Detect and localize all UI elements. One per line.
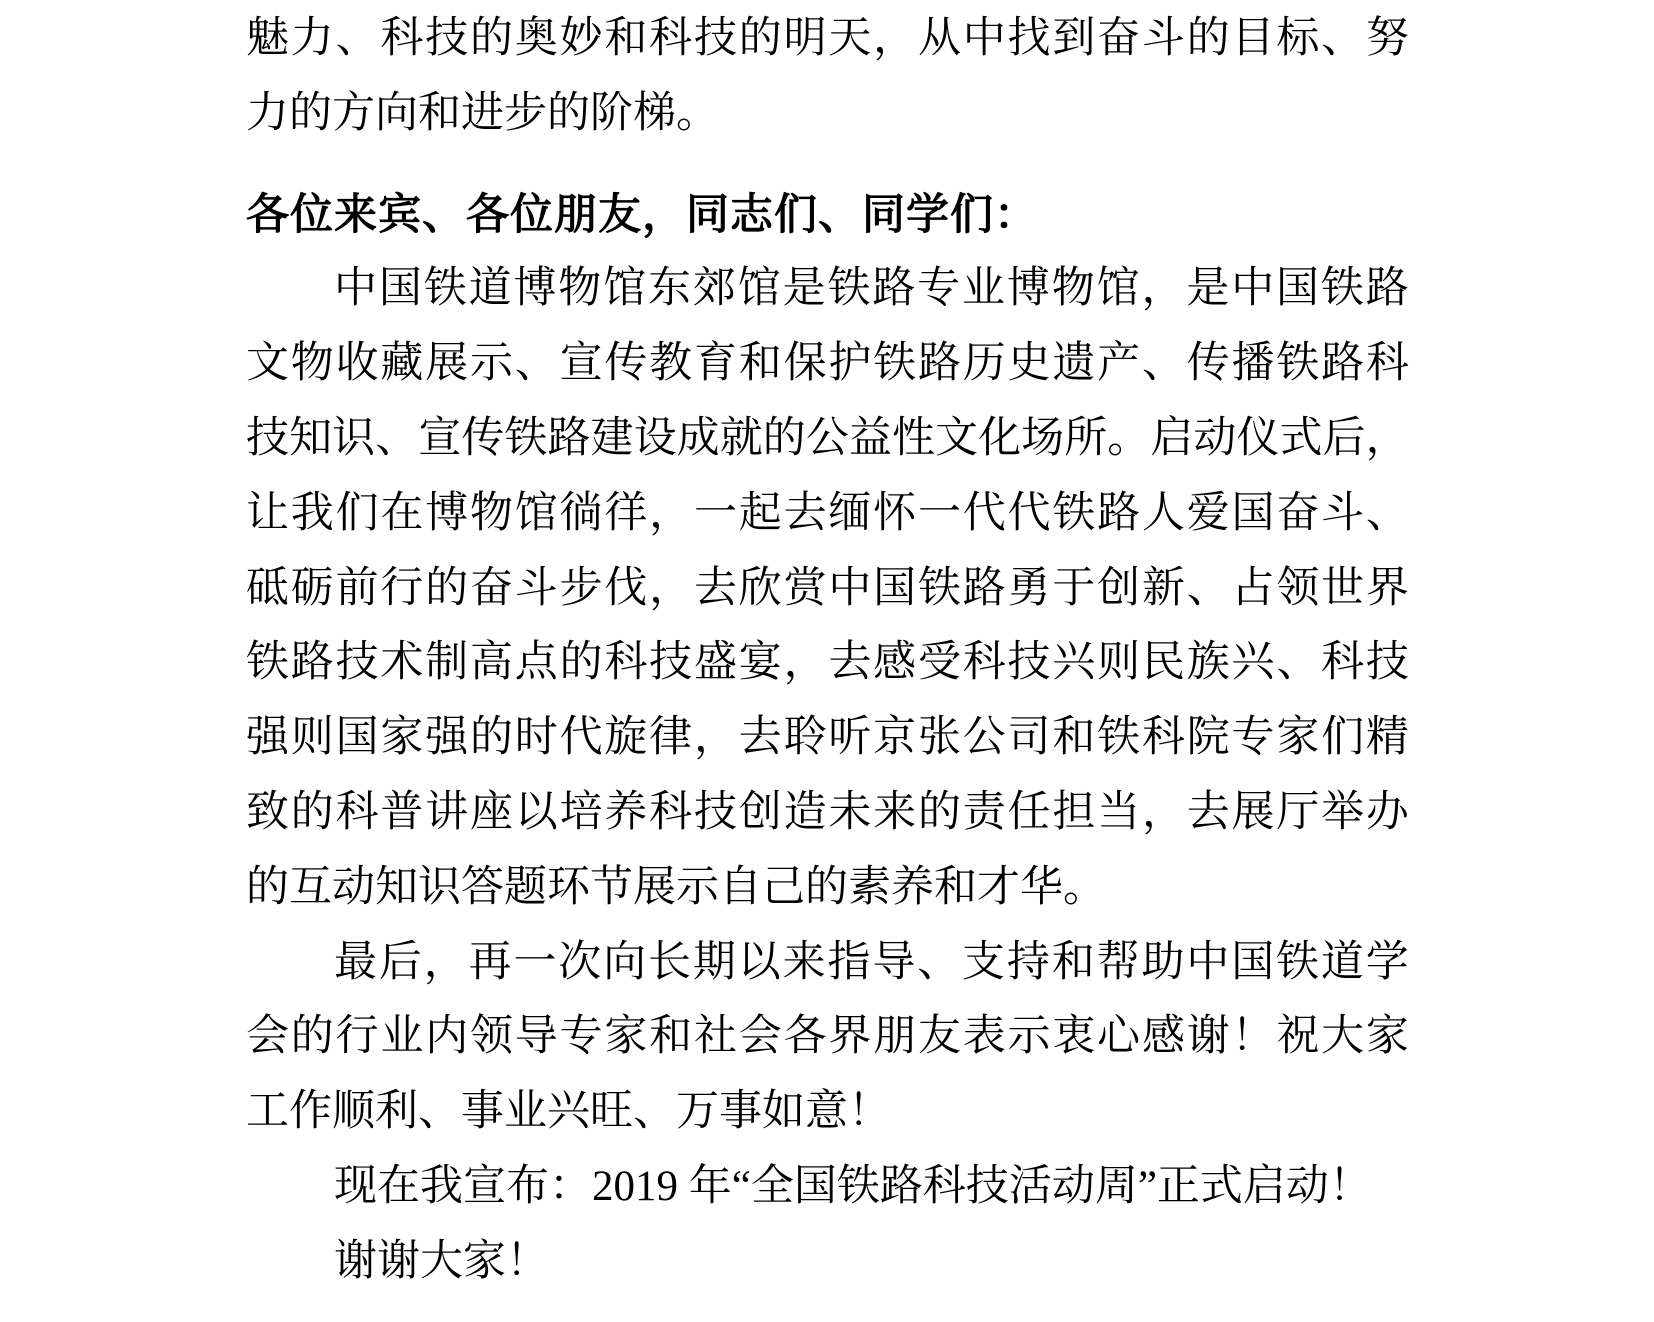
- section-heading: 各位来宾、各位朋友，同志们、同学们：: [246, 178, 1409, 253]
- thanks-line: 谢谢大家！: [246, 1225, 1409, 1300]
- text-line-7: 让我们在博物馆徜徉，一起去缅怀一代代铁路人爱国奋斗、: [246, 477, 1409, 552]
- text-line-10: 强则国家强的时代旋律，去聆听京张公司和铁科院专家们精: [246, 701, 1409, 776]
- text-line-15: 工作顺利、事业兴旺、万事如意！: [246, 1075, 1409, 1150]
- text-line-14: 会的行业内领导专家和社会各界朋友表示衷心感谢！祝大家: [246, 1000, 1409, 1075]
- text-line-4: 中国铁道博物馆东郊馆是铁路专业博物馆，是中国铁路: [246, 252, 1409, 327]
- text-line-13: 最后，再一次向长期以来指导、支持和帮助中国铁道学: [246, 926, 1409, 1001]
- text-line-8: 砥砺前行的奋斗步伐，去欣赏中国铁路勇于创新、占领世界: [246, 552, 1409, 627]
- announcement-line: 现在我宣布：2019 年“全国铁路科技活动周”正式启动！: [246, 1150, 1409, 1225]
- text-line-2: 力的方向和进步的阶梯。: [246, 77, 1409, 152]
- text-line-5: 文物收藏展示、宣传教育和保护铁路历史遗产、传播铁路科: [246, 327, 1409, 402]
- document-page: 魅力、科技的奥妙和科技的明天，从中找到奋斗的目标、努 力的方向和进步的阶梯。 各…: [0, 0, 1654, 1322]
- text-line-6: 技知识、宣传铁路建设成就的公益性文化场所。启动仪式后，: [246, 402, 1409, 477]
- text-line-12: 的互动知识答题环节展示自己的素养和才华。: [246, 851, 1409, 926]
- text-line-1: 魅力、科技的奥妙和科技的明天，从中找到奋斗的目标、努: [246, 2, 1409, 77]
- text-line-9: 铁路技术制高点的科技盛宴，去感受科技兴则民族兴、科技: [246, 626, 1409, 701]
- document-text-block: 魅力、科技的奥妙和科技的明天，从中找到奋斗的目标、努 力的方向和进步的阶梯。 各…: [246, 2, 1409, 1300]
- text-line-11: 致的科普讲座以培养科技创造未来的责任担当，去展厅举办: [246, 776, 1409, 851]
